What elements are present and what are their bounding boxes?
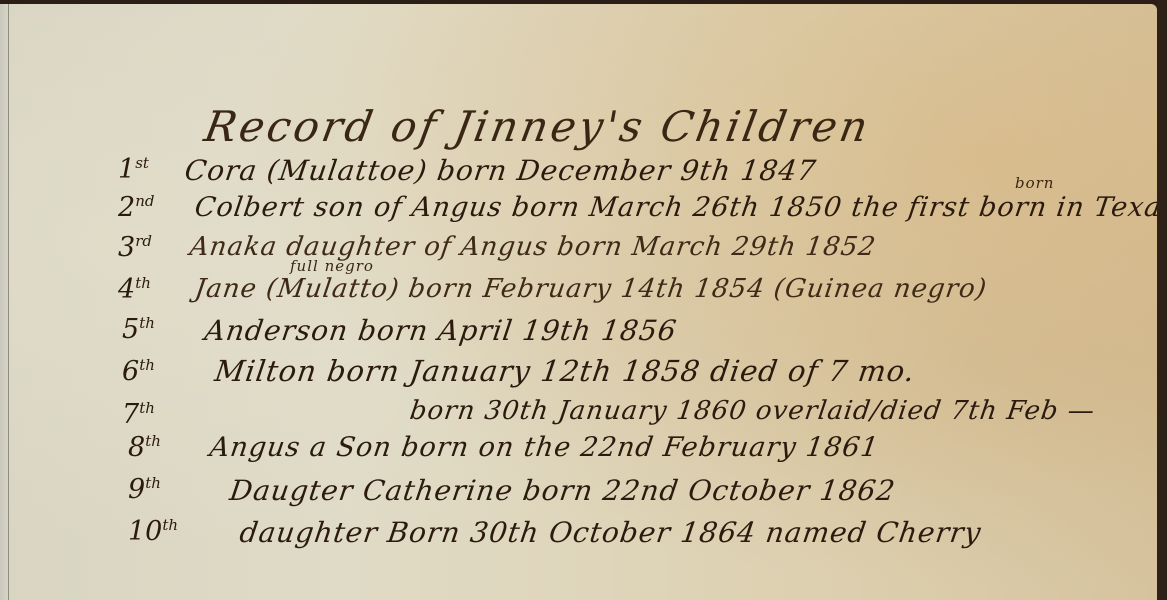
entry-text: Colbert son of Angus born March 26th 185… <box>193 192 1167 223</box>
page-gutter <box>0 4 9 600</box>
entry-number: 6th <box>122 356 155 387</box>
entry-text: Daugter Catherine born 22nd October 1862 <box>228 474 898 507</box>
entry-text: born 30th January 1860 overlaid/died 7th… <box>408 396 1097 426</box>
entry-number: 3rd <box>118 232 152 263</box>
entry-text: Angus a Son born on the 22nd February 18… <box>208 432 881 463</box>
entry-number: 10th <box>128 516 178 547</box>
document-title: Record of Jinney's Children <box>201 102 875 151</box>
ledger-page: Record of Jinney's Children 1st Cora (Mu… <box>0 4 1157 600</box>
entry-text: Anderson born April 19th 1856 <box>203 314 679 347</box>
entry-text: daughter Born 30th October 1864 named Ch… <box>238 516 984 549</box>
entry-number: 5th <box>122 314 155 345</box>
book-cover-edge <box>1157 0 1167 600</box>
entry-number: 1st <box>118 154 149 185</box>
entry-number: 7th <box>122 399 155 430</box>
insertion-note: born <box>1015 174 1054 192</box>
entry-text: Cora (Mulattoe) born December 9th 1847 <box>183 154 819 187</box>
entry-number: 2nd <box>118 192 154 223</box>
entry-number: 4th <box>118 274 151 305</box>
insertion-note: full negro <box>290 257 374 275</box>
entry-number: 8th <box>128 432 161 463</box>
entry-number: 9th <box>128 474 161 505</box>
entry-text: Jane (Mulatto) born February 14th 1854 (… <box>193 274 989 304</box>
entry-text: Milton born January 12th 1858 died of 7 … <box>213 354 918 388</box>
